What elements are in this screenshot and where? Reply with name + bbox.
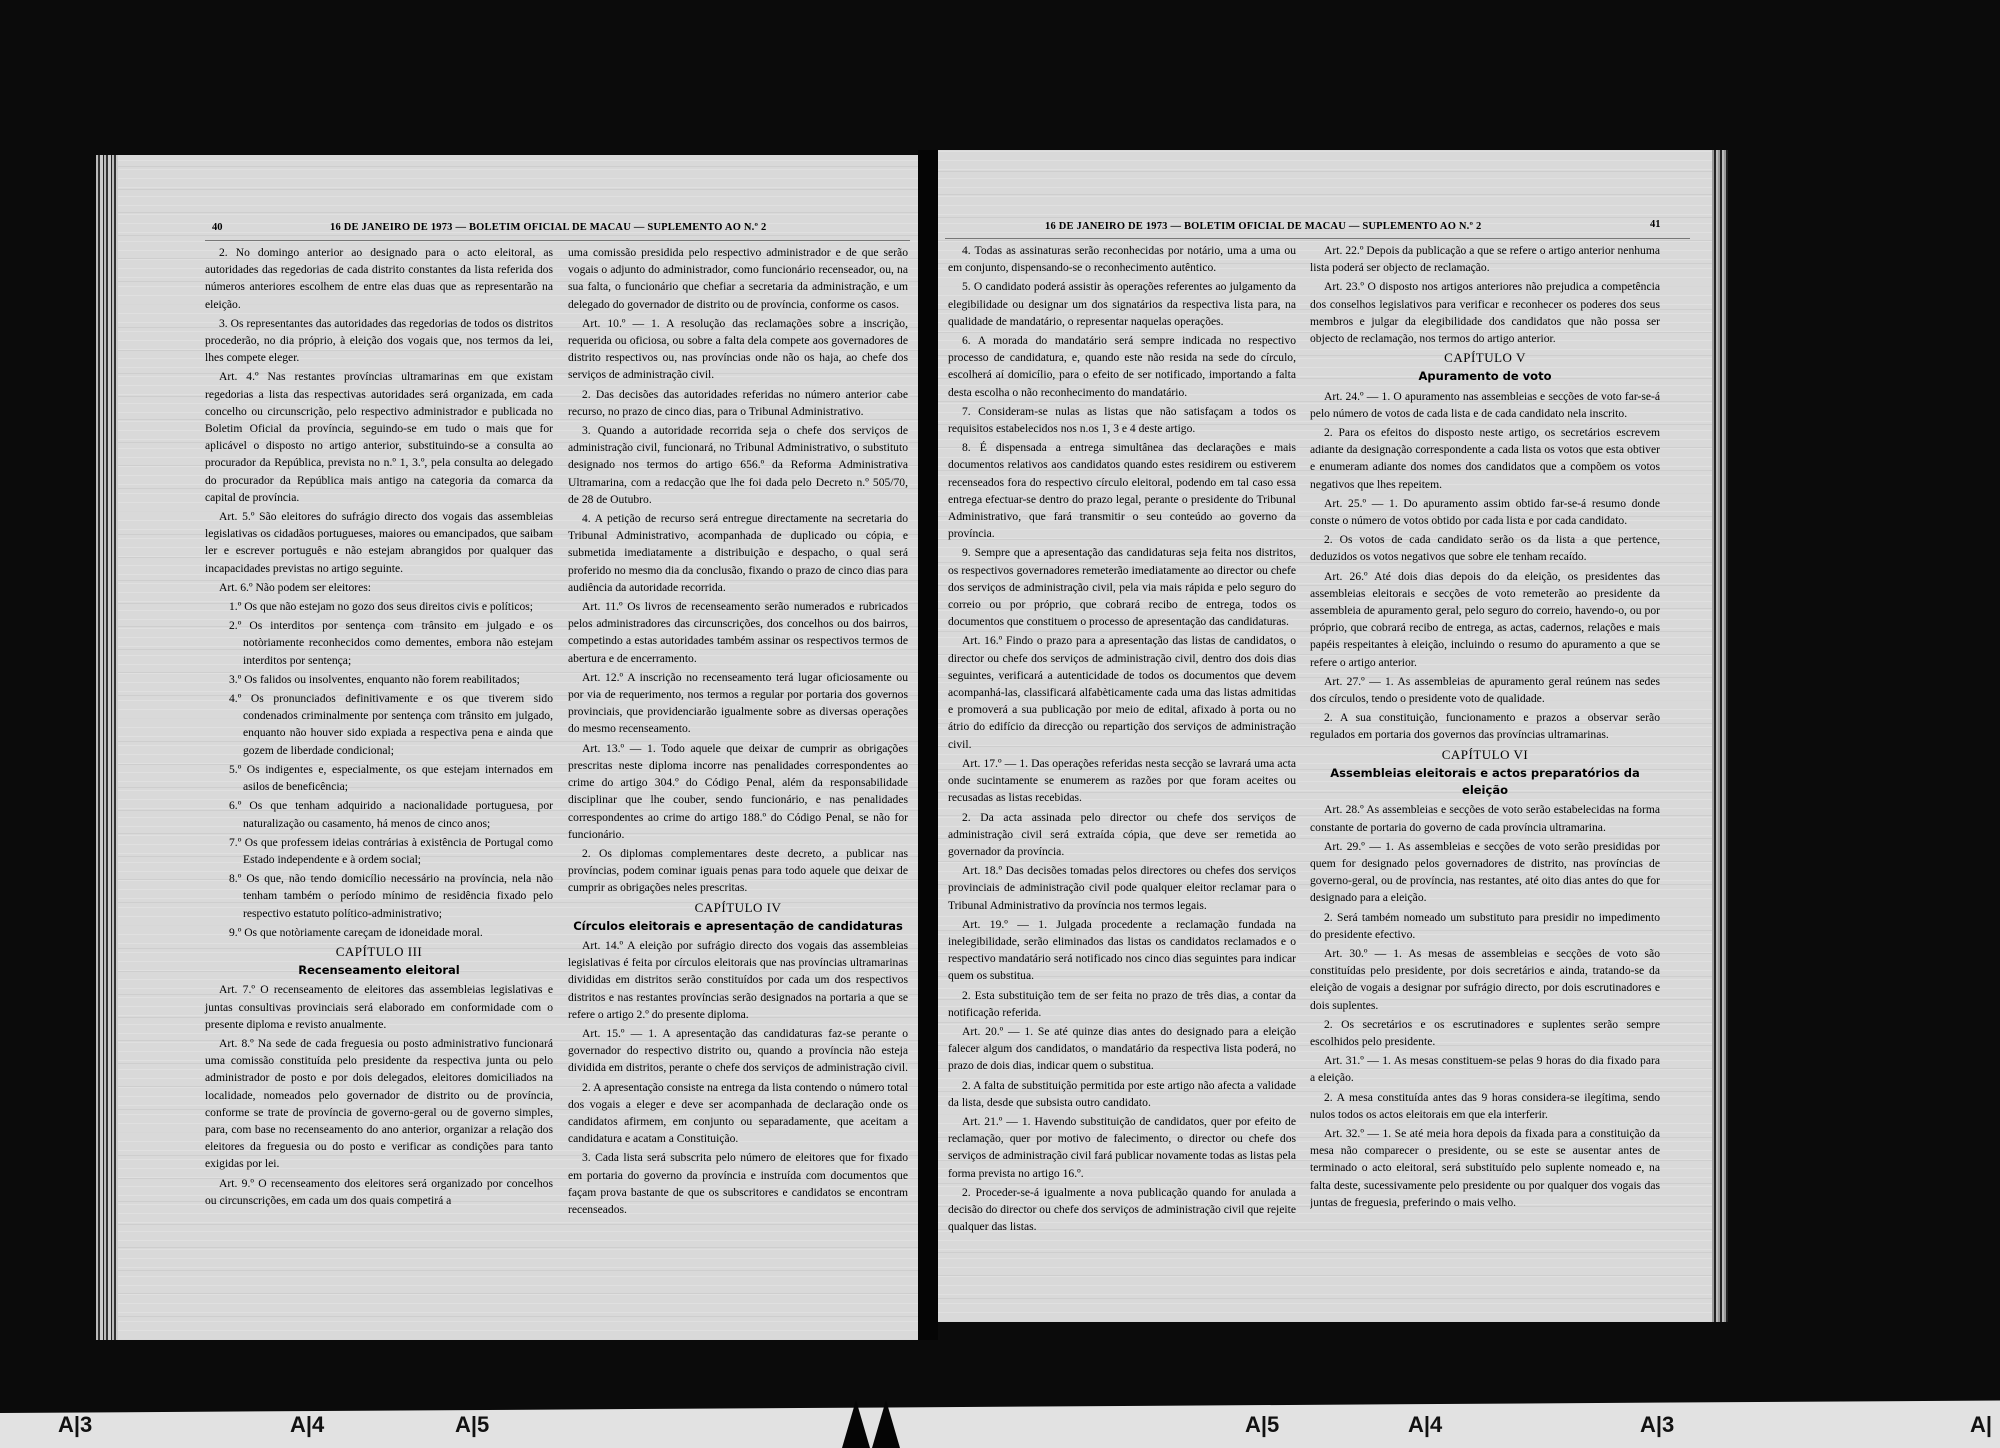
paragraph: Art. 4.º Nas restantes províncias ultram… — [205, 368, 553, 506]
section-heading: Círculos eleitorais e apresentação de ca… — [568, 918, 908, 935]
paragraph: Art. 19.º — 1. Julgada procedente a recl… — [948, 916, 1296, 985]
running-header-right: 16 DE JANEIRO DE 1973 — BOLETIM OFICIAL … — [1045, 221, 1481, 232]
right-page-column-2: Art. 22.º Depois da publicação a que se … — [1310, 242, 1660, 1272]
paragraph: Art. 27.º — 1. As assembleias de apurame… — [1310, 673, 1660, 707]
paragraph: uma comissão presidida pelo respectivo a… — [568, 244, 908, 313]
chapter-heading: CAPÍTULO III — [205, 943, 553, 960]
book-gutter — [918, 150, 938, 1340]
paragraph: 2. Da acta assinada pelo director ou che… — [948, 809, 1296, 861]
paragraph: 2. Para os efeitos do disposto neste art… — [1310, 424, 1660, 493]
paragraph: Art. 9.º O recenseamento dos eleitores s… — [205, 1175, 553, 1209]
left-page-column-2: uma comissão presidida pelo respectivo a… — [568, 244, 908, 1274]
paragraph: 2. Será também nomeado um substituto par… — [1310, 909, 1660, 943]
paragraph: 2. A mesa constituída antes das 9 horas … — [1310, 1089, 1660, 1123]
paragraph: Art. 29.º — 1. As assembleias e secções … — [1310, 838, 1660, 907]
list-item: 8.º Os que, não tendo domicílio necessár… — [205, 870, 553, 922]
list-item: 9.º Os que notòriamente careçam de idone… — [205, 924, 553, 941]
header-rule-right — [945, 238, 1690, 239]
paragraph: Art. 13.º — 1. Todo aquele que deixar de… — [568, 740, 908, 843]
paragraph: 3. Cada lista será subscrita pelo número… — [568, 1149, 908, 1218]
list-item: 1.º Os que não estejam no gozo dos seus … — [205, 598, 553, 615]
section-heading: Assembleias eleitorais e actos preparató… — [1310, 765, 1660, 799]
list-item: 6.º Os que tenham adquirido a nacionalid… — [205, 797, 553, 831]
paragraph: 3. Os representantes das autoridades das… — [205, 315, 553, 367]
paragraph: Art. 12.º A inscrição no recenseamento t… — [568, 669, 908, 738]
paragraph: Art. 20.º — 1. Se até quinze dias antes … — [948, 1023, 1296, 1075]
frame-mark: A|5 — [455, 1412, 489, 1438]
paragraph: 2. Das decisões das autoridades referida… — [568, 386, 908, 420]
paragraph: Art. 10.º — 1. A resolução das reclamaçõ… — [568, 315, 908, 384]
paragraph: Art. 31.º — 1. As mesas constituem-se pe… — [1310, 1052, 1660, 1086]
left-page-edge — [96, 155, 118, 1340]
paragraph: 2. Os diplomas complementares deste decr… — [568, 845, 908, 897]
paragraph: 2. Os votos de cada candidato serão os d… — [1310, 531, 1660, 565]
frame-mark: A|5 — [1245, 1412, 1279, 1438]
paragraph: Art. 30.º — 1. As mesas de assembleias e… — [1310, 945, 1660, 1014]
paragraph: Art. 17.º — 1. Das operações referidas n… — [948, 755, 1296, 807]
paragraph: Art. 21.º — 1. Havendo substituição de c… — [948, 1113, 1296, 1182]
paragraph: Art. 11.º Os livros de recenseamento ser… — [568, 598, 908, 667]
paragraph: 2. Esta substituição tem de ser feita no… — [948, 987, 1296, 1021]
paragraph: 5. O candidato poderá assistir às operaç… — [948, 278, 1296, 330]
right-page-column-1: 4. Todas as assinaturas serão reconhecid… — [948, 242, 1296, 1272]
page-number-right: 41 — [1650, 219, 1661, 230]
chapter-heading: CAPÍTULO VI — [1310, 746, 1660, 763]
list-item: 7.º Os que professem ideias contrárias à… — [205, 834, 553, 868]
section-heading: Recenseamento eleitoral — [205, 962, 553, 979]
paragraph: Art. 26.º Até dois dias depois do da ele… — [1310, 568, 1660, 671]
frame-divider-marker — [842, 1400, 870, 1448]
frame-mark: A|3 — [58, 1412, 92, 1438]
list-item: 5.º Os indigentes e, especialmente, os q… — [205, 761, 553, 795]
paragraph: Art. 32.º — 1. Se até meia hora depois d… — [1310, 1125, 1660, 1211]
list-item: 3.º Os falidos ou insolventes, enquanto … — [205, 671, 553, 688]
frame-mark: A|4 — [1408, 1412, 1442, 1438]
paragraph: 9. Sempre que a apresentação das candida… — [948, 544, 1296, 630]
frame-divider-marker — [872, 1400, 900, 1448]
paragraph: Art. 23.º O disposto nos artigos anterio… — [1310, 278, 1660, 347]
paragraph: 2. A sua constituição, funcionamento e p… — [1310, 709, 1660, 743]
chapter-heading: CAPÍTULO V — [1310, 349, 1660, 366]
paragraph: Art. 14.º A eleição por sufrágio directo… — [568, 937, 908, 1023]
paragraph: Art. 6.º Não podem ser eleitores: — [205, 579, 553, 596]
paragraph: Art. 18.º Das decisões tomadas pelos dir… — [948, 862, 1296, 914]
paragraph: Art. 5.º São eleitores do sufrágio direc… — [205, 508, 553, 577]
paragraph: Art. 22.º Depois da publicação a que se … — [1310, 242, 1660, 276]
left-page-column-1: 2. No domingo anterior ao designado para… — [205, 244, 553, 1211]
paragraph: Art. 16.º Findo o prazo para a apresenta… — [948, 632, 1296, 752]
paragraph: 2. A apresentação consiste na entrega da… — [568, 1079, 908, 1148]
paragraph: Art. 15.º — 1. A apresentação das candid… — [568, 1025, 908, 1077]
paragraph: Art. 28.º As assembleias e secções de vo… — [1310, 801, 1660, 835]
paragraph: 3. Quando a autoridade recorrida seja o … — [568, 422, 908, 508]
list-item: 4.º Os pronunciados definitivamente e os… — [205, 690, 553, 759]
paragraph: 6. A morada do mandatário será sempre in… — [948, 332, 1296, 401]
paragraph: 2. Os secretários e os escrutinadores e … — [1310, 1016, 1660, 1050]
paragraph: Art. 24.º — 1. O apuramento nas assemble… — [1310, 388, 1660, 422]
chapter-heading: CAPÍTULO IV — [568, 899, 908, 916]
paragraph: Art. 7.º O recenseamento de eleitores da… — [205, 981, 553, 1033]
paragraph: 4. A petição de recurso será entregue di… — [568, 510, 908, 596]
paragraph: Art. 25.º — 1. Do apuramento assim obtid… — [1310, 495, 1660, 529]
paragraph: 2. A falta de substituição permitida por… — [948, 1077, 1296, 1111]
paragraph: 7. Consideram-se nulas as listas que não… — [948, 403, 1296, 437]
paragraph: Art. 8.º Na sede de cada freguesia ou po… — [205, 1035, 553, 1173]
section-heading: Apuramento de voto — [1310, 368, 1660, 385]
list-item: 2.º Os interditos por sentença com trâns… — [205, 617, 553, 669]
paragraph: 8. É dispensada a entrega simultânea das… — [948, 439, 1296, 542]
frame-mark: A|4 — [290, 1412, 324, 1438]
paragraph: 4. Todas as assinaturas serão reconhecid… — [948, 242, 1296, 276]
frame-mark: A|3 — [1640, 1412, 1674, 1438]
right-page-edge — [1712, 150, 1728, 1322]
running-header-left: 16 DE JANEIRO DE 1973 — BOLETIM OFICIAL … — [330, 222, 766, 233]
paragraph: 2. No domingo anterior ao designado para… — [205, 244, 553, 313]
frame-mark: A| — [1970, 1412, 1992, 1438]
page-number-left: 40 — [212, 222, 223, 233]
paragraph: 2. Proceder-se-á igualmente a nova publi… — [948, 1184, 1296, 1236]
header-rule-left — [205, 240, 910, 241]
